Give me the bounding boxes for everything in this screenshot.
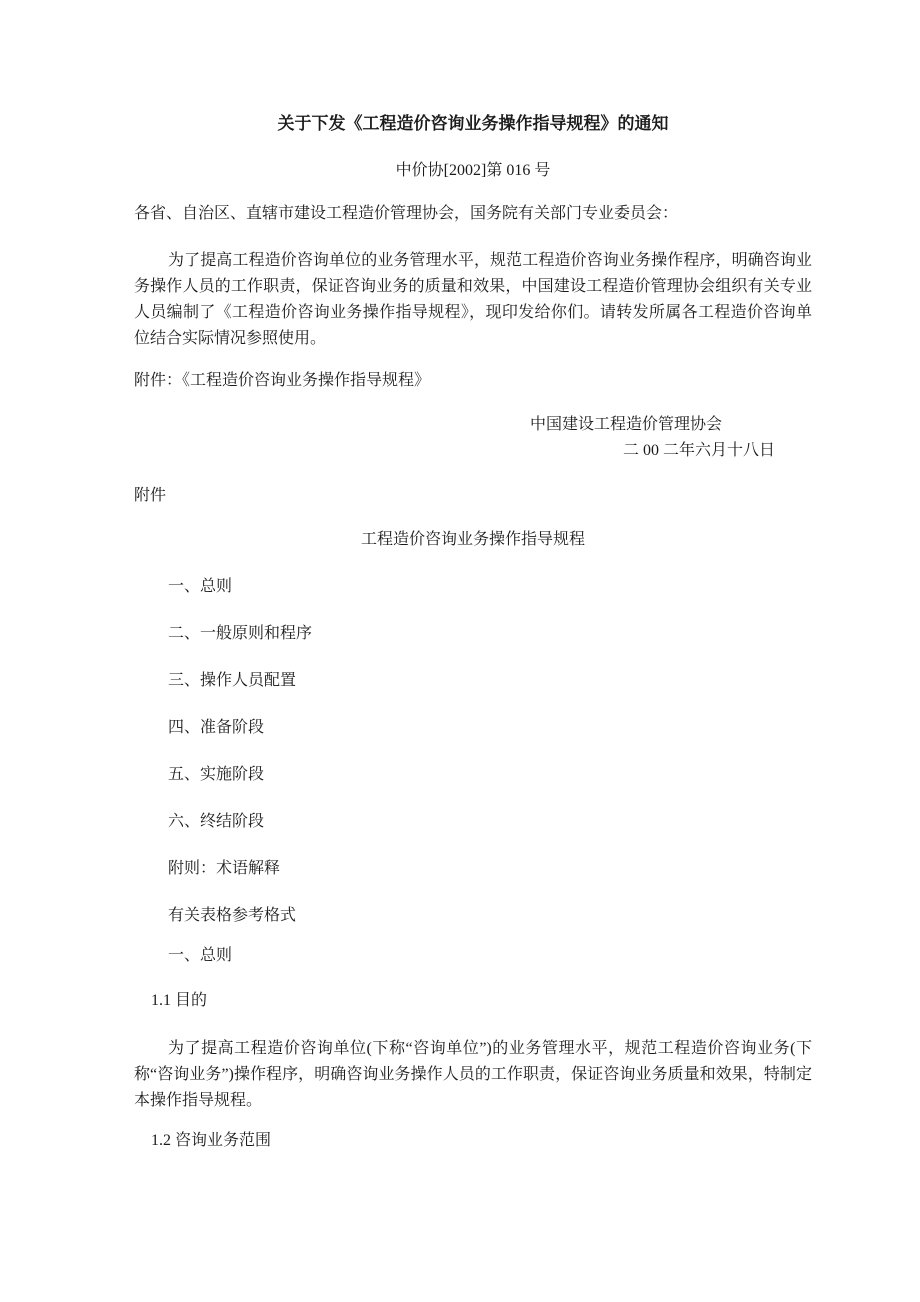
- attachment-title: 工程造价咨询业务操作指导规程: [134, 529, 812, 551]
- section-heading-general: 一、总则: [134, 945, 812, 967]
- doc-title: 关于下发《工程造价咨询业务操作指导规程》的通知: [134, 113, 812, 135]
- toc-item: 一、总则: [134, 576, 812, 598]
- toc-item: 有关表格参考格式: [134, 905, 812, 927]
- toc-item: 二、一般原则和程序: [134, 623, 812, 645]
- toc-item: 三、操作人员配置: [134, 670, 812, 692]
- toc-item: 五、实施阶段: [134, 764, 812, 786]
- notice-body-paragraph: 为了提高工程造价咨询单位的业务管理水平，规范工程造价咨询业务操作程序，明确咨询业…: [134, 248, 812, 352]
- issue-date: 二 00 二年六月十八日: [134, 440, 812, 462]
- salutation-line: 各省、自治区、直辖市建设工程造价管理协会，国务院有关部门专业委员会：: [134, 203, 812, 225]
- attachment-label: 附件: [134, 485, 812, 507]
- section-heading-1-2: 1.2 咨询业务范围: [134, 1130, 812, 1152]
- attachment-toc: 一、总则 二、一般原则和程序 三、操作人员配置 四、准备阶段 五、实施阶段 六、…: [134, 576, 812, 927]
- toc-item: 附则：术语解释: [134, 858, 812, 880]
- document-page: 关于下发《工程造价咨询业务操作指导规程》的通知 中价协[2002]第 016 号…: [0, 0, 920, 1302]
- section-heading-1-1: 1.1 目的: [134, 990, 812, 1012]
- issuer-signature: 中国建设工程造价管理协会: [134, 414, 812, 436]
- section-1-1-paragraph: 为了提高工程造价咨询单位(下称“咨询单位”)的业务管理水平，规范工程造价咨询业务…: [134, 1036, 812, 1114]
- toc-item: 六、终结阶段: [134, 811, 812, 833]
- attachment-reference-line: 附件：《工程造价咨询业务操作指导规程》: [134, 370, 812, 392]
- toc-item: 四、准备阶段: [134, 717, 812, 739]
- doc-number: 中价协[2002]第 016 号: [134, 160, 812, 182]
